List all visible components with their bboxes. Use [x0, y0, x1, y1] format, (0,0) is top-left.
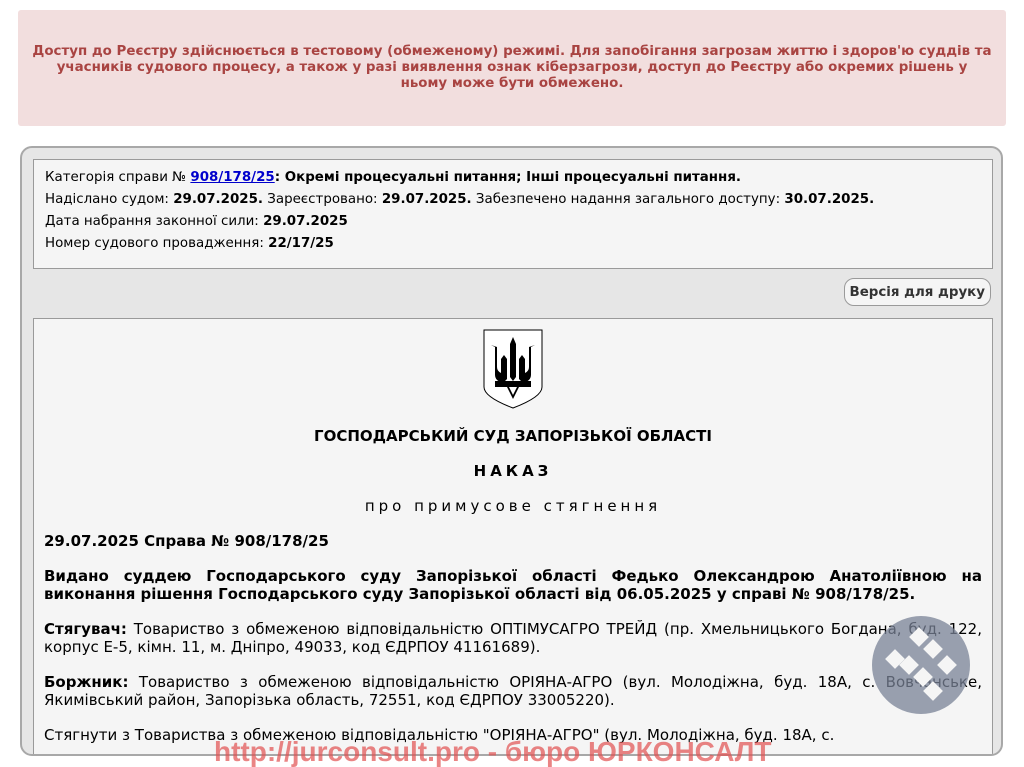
document-body: ГОСПОДАРСЬКИЙ СУД ЗАПОРІЗЬКОЇ ОБЛАСТІ НА…	[33, 318, 993, 756]
date-case-line: 29.07.2025 Справа № 908/178/25	[44, 532, 982, 550]
case-number-link[interactable]: 908/178/25	[190, 170, 274, 185]
registry-notice: Доступ до Реєстру здійснюється в тестово…	[18, 10, 1006, 126]
court-name: ГОСПОДАРСЬКИЙ СУД ЗАПОРІЗЬКОЇ ОБЛАСТІ	[44, 427, 982, 445]
creditor-paragraph: Стягувач: Товариство з обмеженою відпові…	[44, 620, 982, 656]
debtor-paragraph: Боржник: Товариство з обмеженою відповід…	[44, 673, 982, 709]
document-subtitle: про примусове стягнення	[44, 497, 982, 515]
notice-text: Доступ до Реєстру здійснюється в тестово…	[32, 44, 992, 92]
document-frame: Категорія справи № 908/178/25: Окремі пр…	[20, 146, 1003, 756]
watermark-logo-icon	[868, 612, 974, 718]
watermark-text: http://jurconsult.pro - бюро ЮРКОНСАЛТ	[214, 735, 772, 767]
legal-force-line: Дата набрання законної сили: 29.07.2025	[45, 211, 981, 233]
print-version-button[interactable]: Версія для друку	[844, 278, 992, 306]
category-line: Категорія справи № 908/178/25: Окремі пр…	[45, 167, 981, 189]
issued-paragraph: Видано суддею Господарського суду Запорі…	[44, 567, 982, 603]
coat-of-arms-icon	[483, 329, 543, 409]
dates-line: Надіслано судом: 29.07.2025. Зареєстрова…	[45, 189, 981, 211]
case-info-panel: Категорія справи № 908/178/25: Окремі пр…	[33, 159, 993, 269]
document-title: НАКАЗ	[44, 462, 982, 480]
proceeding-line: Номер судового провадження: 22/17/25	[45, 233, 981, 255]
